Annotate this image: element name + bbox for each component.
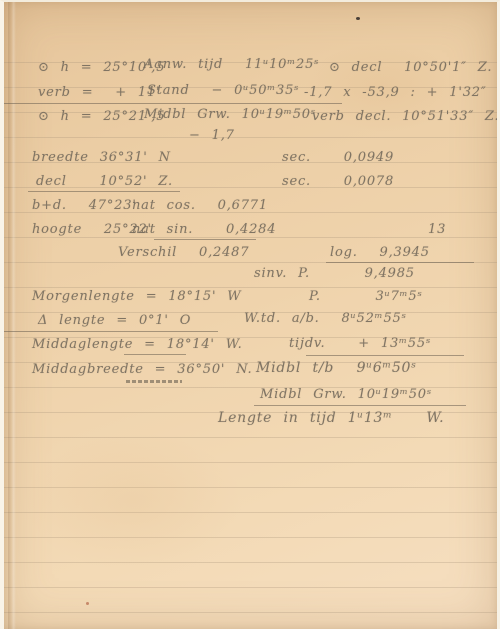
latitude: breedte 36°31' N xyxy=(32,150,171,165)
nat-sin-value: nat sin. 0,4284 xyxy=(132,222,276,237)
paper-stain xyxy=(24,432,244,572)
pencil-underline xyxy=(4,103,342,104)
pencil-underline xyxy=(254,405,466,406)
noon-longitude: Middaglengte = 18°14' W. xyxy=(32,337,243,352)
paper-speck xyxy=(86,602,89,605)
pencil-underline xyxy=(326,262,474,263)
noon-latitude: Middagbreedte = 36°50' N. xyxy=(32,362,252,377)
sun-declination: ⊙ decl 10°50'1″ Z. xyxy=(329,60,492,75)
lat-plus-decl: b+d. 47°23' xyxy=(32,198,137,213)
log-sec-declination: sec. 0,0078 xyxy=(282,174,394,189)
chronometer-error: Stand − 0ᵘ50ᵐ35ˢ xyxy=(147,83,299,98)
pencil-underline xyxy=(306,355,464,356)
declination-interp-calc: -1,7 x -53,9 : + 1'32″ xyxy=(304,85,487,100)
morning-longitude: Morgenlengte = 18°15' W xyxy=(32,289,241,304)
log-sec-latitude: sec. 0,0949 xyxy=(282,150,394,165)
small-correction: 13 xyxy=(428,222,446,237)
nat-cos-value: nat cos. 0,6771 xyxy=(132,198,268,213)
mean-time-on-board: Midbl t/b 9ᵘ6ᵐ50ˢ xyxy=(256,360,417,376)
chronometer-time: Aanw. tijd 11ᵘ10ᵐ25ˢ xyxy=(144,57,319,72)
longitude-in-time: Lengte in tijd 1ᵘ13ᵐ W. xyxy=(218,410,444,426)
declination: decl 10°52' Z. xyxy=(36,174,173,189)
ruled-lines xyxy=(4,38,497,629)
delta-longitude: Δ lengte = 0°1' O xyxy=(38,313,191,328)
pencil-underline xyxy=(28,191,180,192)
paper-crease xyxy=(8,2,16,629)
pencil-underline xyxy=(4,331,218,332)
mean-time-greenwich: Midbl Grw. 10ᵘ19ᵐ50ˢ xyxy=(144,107,316,122)
equation-of-time: tijdv. + 13ᵐ55ˢ xyxy=(289,336,431,351)
declination-corrected: verb decl. 10°51'33″ Z. xyxy=(312,109,499,124)
verschil-value: Verschil 0,2487 xyxy=(118,245,249,260)
pencil-wavy-underline xyxy=(126,380,182,383)
hour-angle-P: P. 3ᵘ7ᵐ5ˢ xyxy=(309,289,423,304)
minus-correction: − 1,7 xyxy=(189,128,235,143)
pencil-underline xyxy=(154,239,256,240)
pencil-underline xyxy=(124,354,186,355)
ink-speck xyxy=(356,17,360,20)
notebook-page-scan: ⊙ h = 25°10',5 Aanw. tijd 11ᵘ10ᵐ25ˢ ⊙ de… xyxy=(0,0,500,629)
sin-versus-P: sinv. P. 9,4985 xyxy=(254,266,415,281)
mean-time-greenwich-2: Midbl Grw. 10ᵘ19ᵐ50ˢ xyxy=(260,387,432,402)
altitude-correction: verb = + 11' xyxy=(38,85,160,100)
log-verschil: log. 9,3945 xyxy=(330,245,430,260)
true-time-on-board: W.td. a/b. 8ᵘ52ᵐ55ˢ xyxy=(244,311,407,326)
